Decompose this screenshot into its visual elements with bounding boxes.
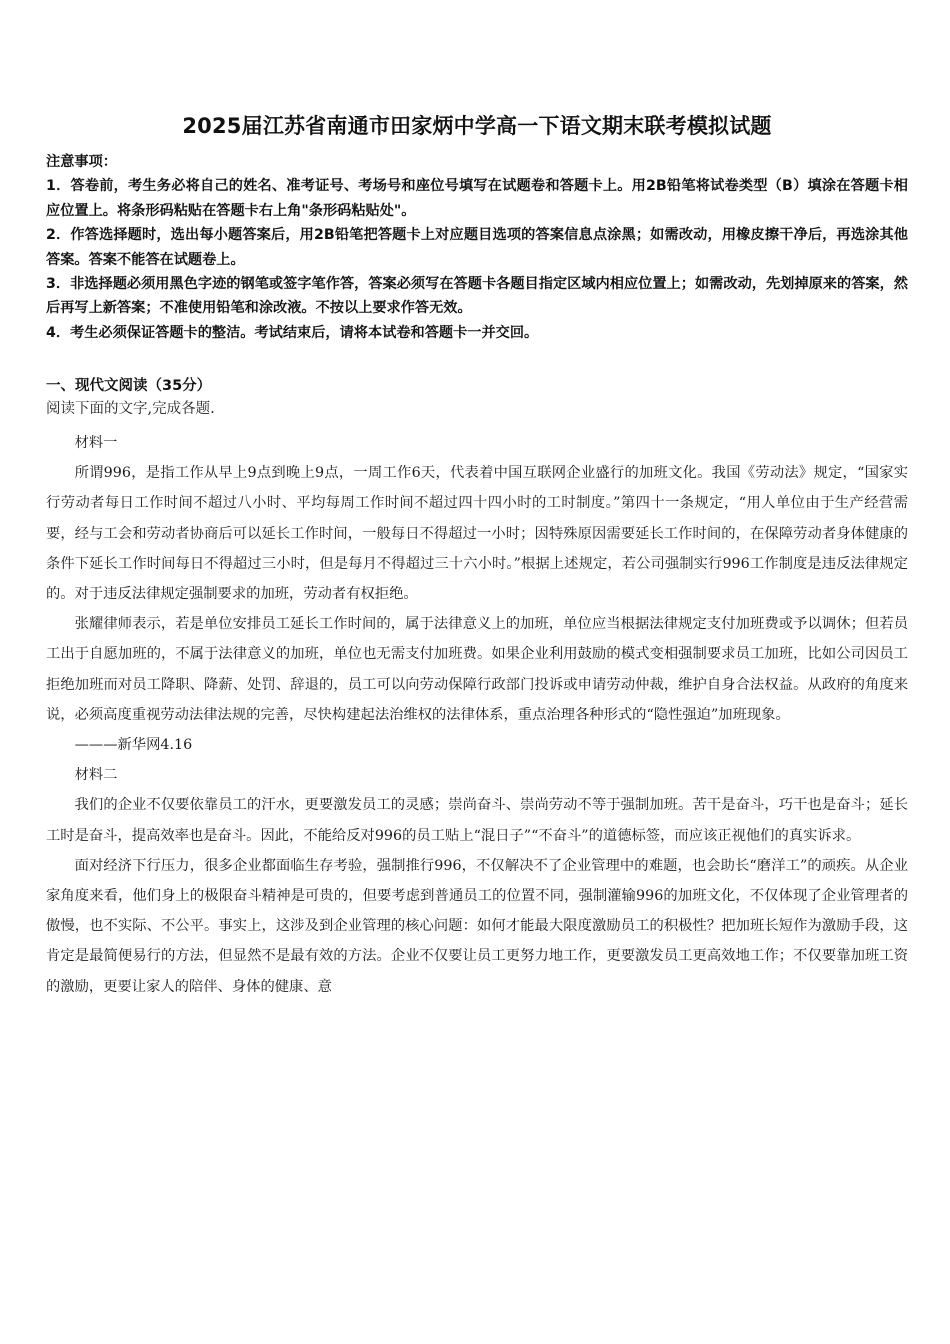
material-2-label: 材料二: [46, 760, 908, 790]
notice-block: 注意事项： 1．答卷前，考生务必将自己的姓名、准考证号、考场号和座位号填写在试题…: [46, 150, 908, 345]
material-2-paragraph: 面对经济下行压力，很多企业都面临生存考验，强制推行996，不仅解决不了企业管理中…: [46, 851, 908, 1002]
reading-passage: 材料一 所谓996，是指工作从早上9点到晚上9点，一周工作6天，代表着中国互联网…: [46, 428, 908, 1002]
material-1-label: 材料一: [46, 428, 908, 458]
notice-item: 1．答卷前，考生务必将自己的姓名、准考证号、考场号和座位号填写在试题卷和答题卡上…: [46, 174, 908, 223]
notice-item: 2．作答选择题时，选出每小题答案后，用2B铅笔把答题卡上对应题目选项的答案信息点…: [46, 223, 908, 272]
material-1-source: ———新华网4.16: [46, 730, 908, 760]
material-1-paragraph: 张耀律师表示，若是单位安排员工延长工作时间的，属于法律意义上的加班，单位应当根据…: [46, 609, 908, 730]
material-2-paragraph: 我们的企业不仅要依靠员工的汗水，更要激发员工的灵感；崇尚奋斗、崇尚劳动不等于强制…: [46, 790, 908, 850]
section-instruction: 阅读下面的文字,完成各题.: [46, 398, 215, 420]
notice-item: 3．非选择题必须用黑色字迹的钢笔或签字笔作答，答案必须写在答题卡各题目指定区域内…: [46, 272, 908, 321]
section-heading: 一、现代文阅读（35分）: [46, 375, 211, 397]
material-1-paragraph: 所谓996，是指工作从早上9点到晚上9点，一周工作6天，代表着中国互联网企业盛行…: [46, 458, 908, 609]
notice-heading: 注意事项：: [46, 150, 908, 174]
document-title: 2025届江苏省南通市田家炳中学高一下语文期末联考模拟试题: [46, 112, 908, 140]
notice-item: 4．考生必须保证答题卡的整洁。考试结束后，请将本试卷和答题卡一并交回。: [46, 321, 908, 345]
